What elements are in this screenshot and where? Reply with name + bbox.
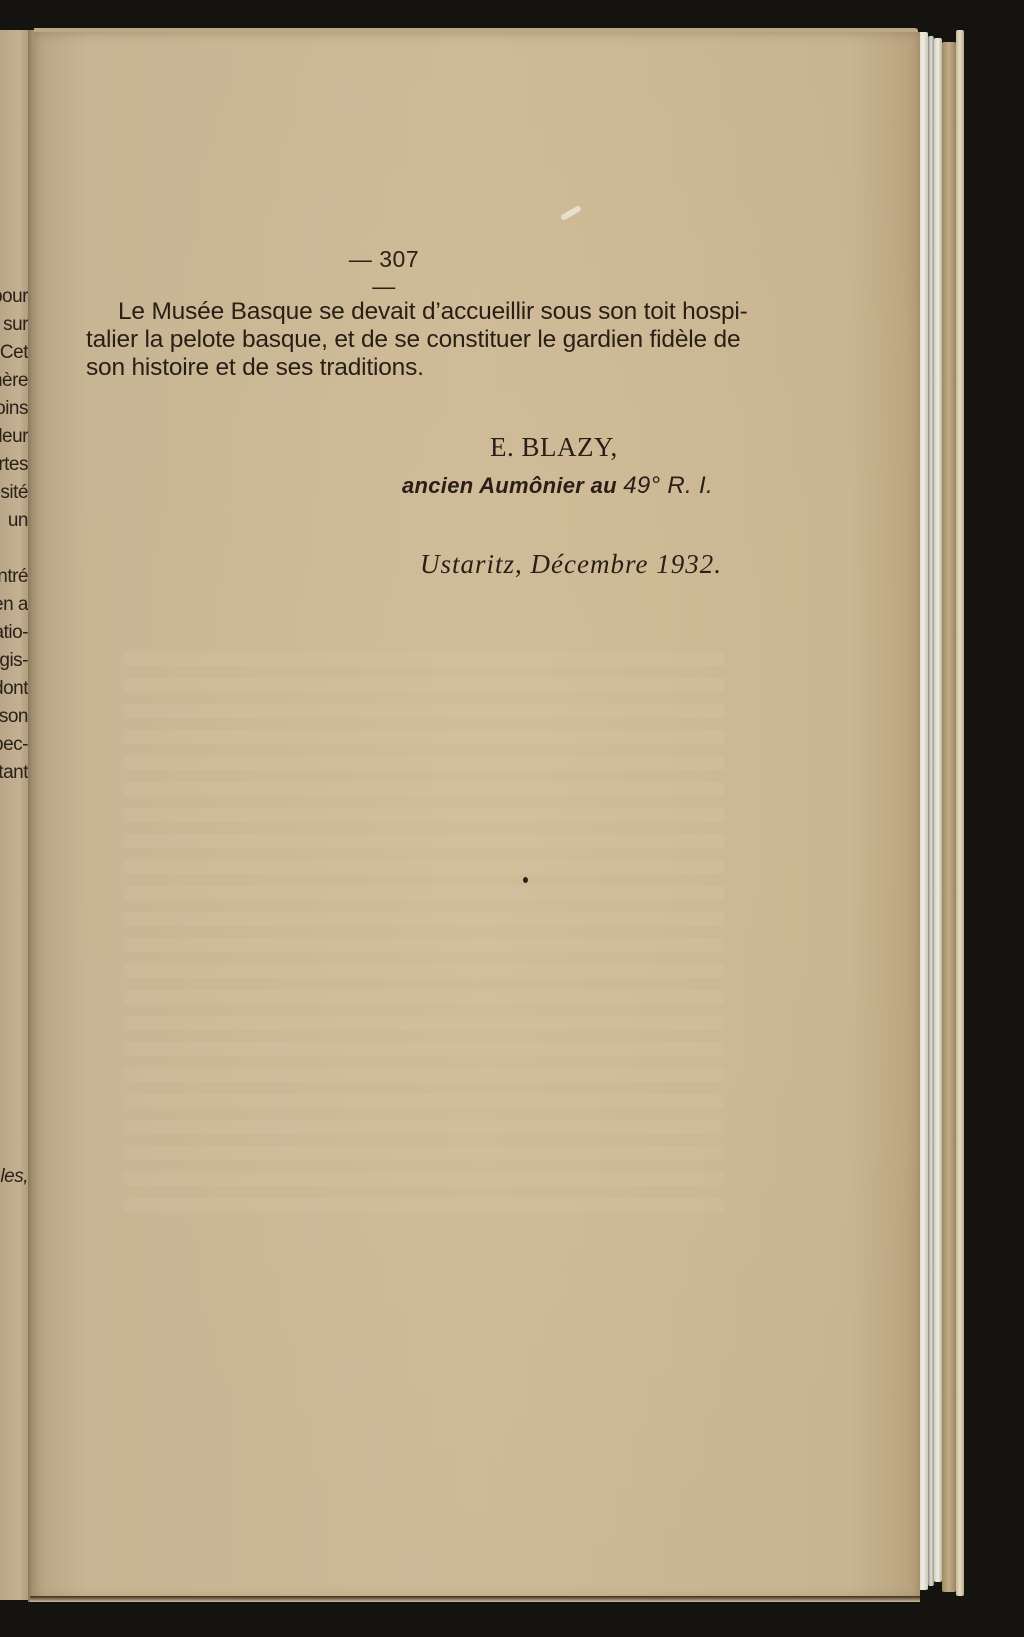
- signature-name: E. BLAZY,: [490, 432, 618, 463]
- facing-page-fragment: les,: [0, 1166, 28, 1188]
- signature-title-prefix: ancien Aumônier au: [402, 473, 623, 498]
- facing-page-fragment: sur: [3, 314, 28, 336]
- facing-page-fragment: atio-: [0, 622, 28, 644]
- ink-speck: [523, 877, 528, 883]
- facing-page-fragment: tant: [0, 762, 28, 784]
- paragraph-line: son histoire et de ses traditions.: [86, 354, 710, 382]
- show-through-texture: [124, 652, 724, 1212]
- facing-page-fragment: rgis-: [0, 650, 28, 672]
- facing-page-fragment: un: [8, 510, 28, 532]
- facing-page-fragment: ison: [0, 706, 28, 728]
- page-edge: [942, 42, 956, 1592]
- facing-page-fragment: pec-: [0, 734, 28, 756]
- page-number: — 307 —: [334, 246, 434, 300]
- facing-page-fragment: en a: [0, 594, 28, 616]
- book-page: [34, 32, 920, 1600]
- facing-page-fragment: oins: [0, 398, 28, 420]
- facing-page-fragment: ntré: [0, 566, 28, 588]
- facing-page-fragment: Cet: [0, 342, 28, 364]
- body-paragraph: Le Musée Basque se devait d’accueillir s…: [86, 298, 710, 382]
- page-edge-stack: [918, 28, 992, 1596]
- place-and-date: Ustaritz, Décembre 1932.: [420, 549, 722, 580]
- facing-page-fragment: leur: [0, 426, 28, 448]
- facing-page-fragment: nère: [0, 370, 28, 392]
- page-bottom-edge: [30, 1596, 920, 1602]
- paragraph-line: talier la pelote basque, et de se consti…: [86, 326, 710, 354]
- signature-title-regiment: 49° R. I.: [623, 472, 713, 499]
- facing-page-fragment: osité: [0, 482, 28, 504]
- signature-title: ancien Aumônier au 49° R. I.: [402, 472, 713, 500]
- page-edge: [956, 30, 964, 1596]
- paragraph-line: Le Musée Basque se devait d’accueillir s…: [86, 298, 710, 326]
- facing-page-fragment: dont: [0, 678, 28, 700]
- facing-page-fragment: pour: [0, 286, 28, 308]
- page-edge: [934, 38, 942, 1582]
- facing-page-fragment: ortes: [0, 454, 28, 476]
